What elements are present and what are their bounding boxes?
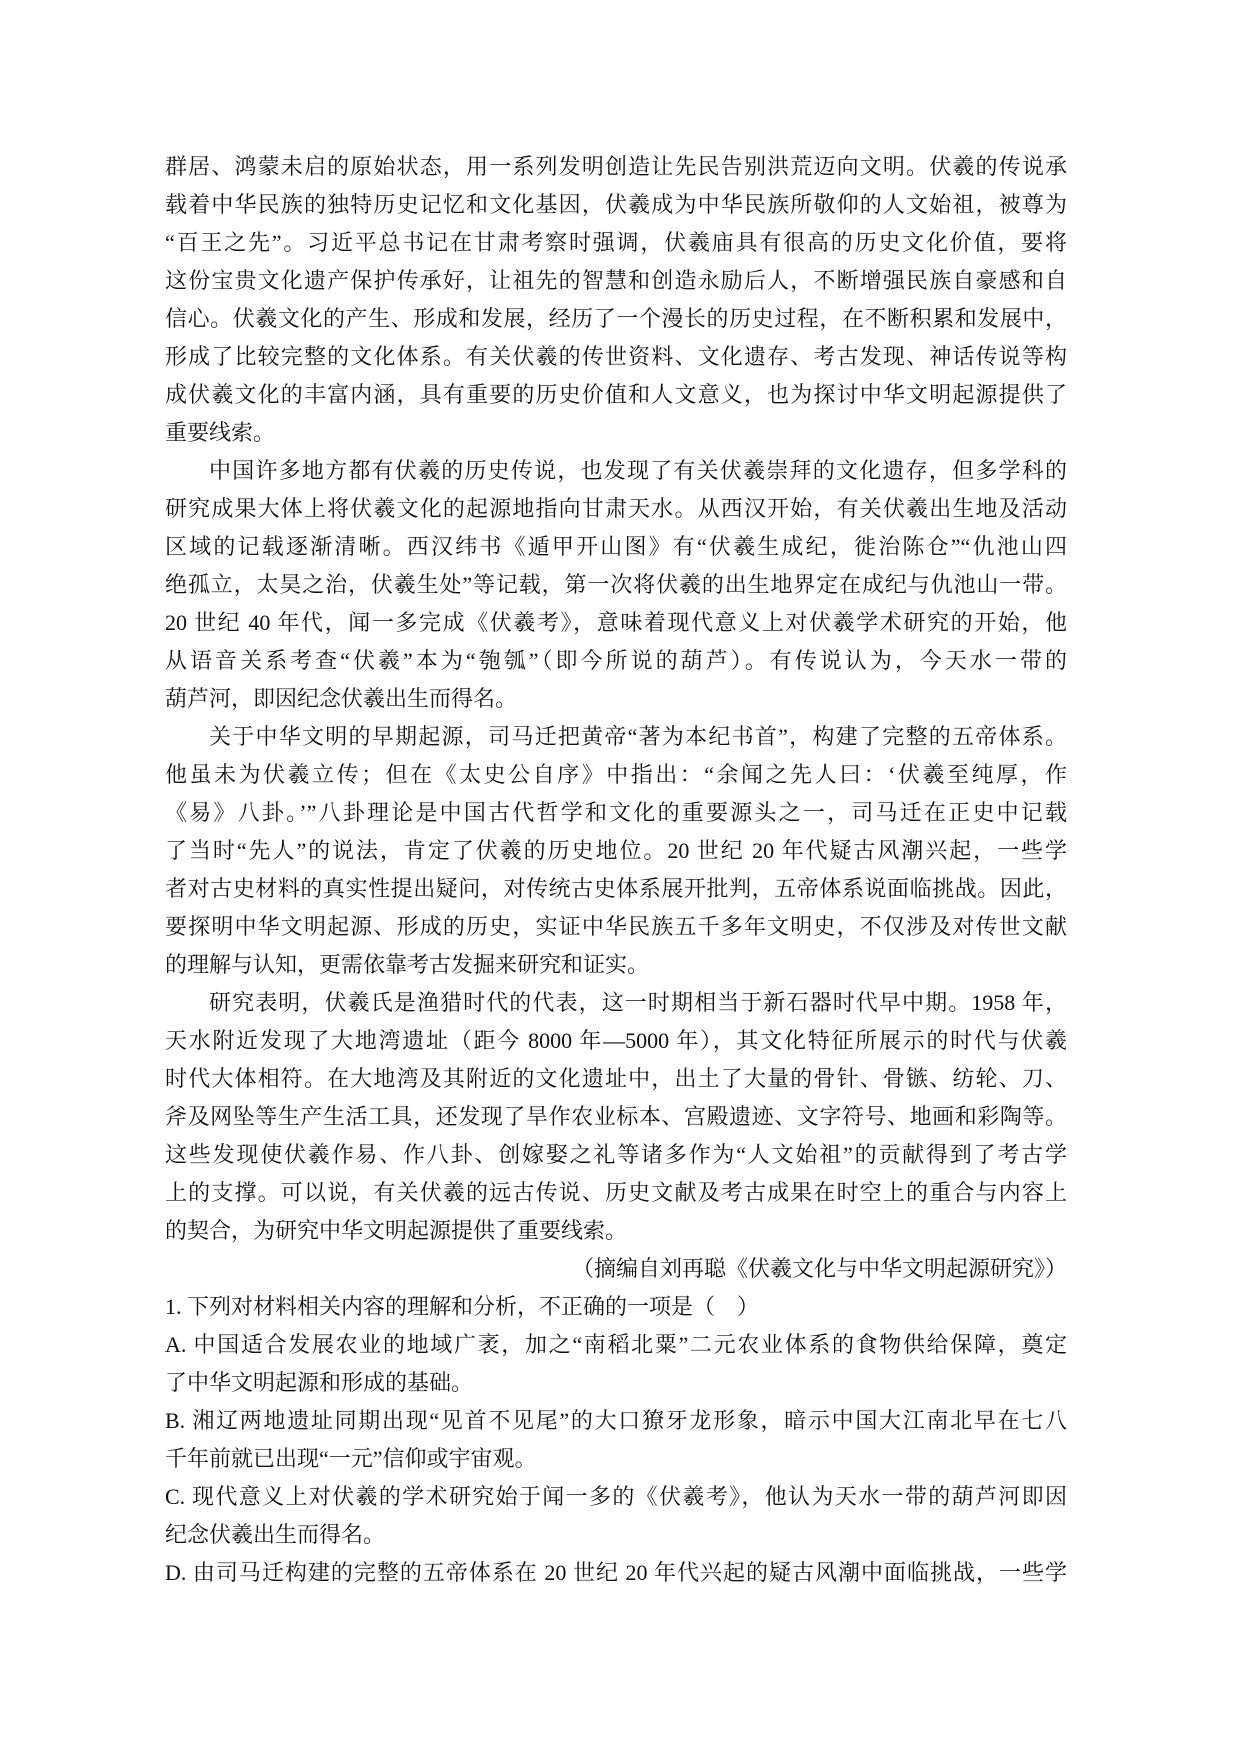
option-line: C. 现代意义上对伏羲的学术研究始于闻一多的《伏羲考》，他认为天水一带的葫芦河即… (165, 1478, 1067, 1516)
passage-line: 从语音关系考查“伏羲”本为“匏瓠”（即今所说的葫芦）。有传说认为，今天水一带的 (165, 642, 1067, 680)
question-1-option-b: B. 湘辽两地遗址同期出现“见首不见尾”的大口獠牙龙形象，暗示中国大江南北早在七… (165, 1402, 1067, 1478)
reading-passage: 群居、鸿蒙未启的原始状态，用一系列发明创造让先民告别洪荒迈向文明。伏羲的传说承 … (165, 148, 1067, 1592)
passage-line: 要探明中华文明起源、形成的历史，实证中华民族五千多年文明史，不仅涉及对传世文献 (165, 908, 1067, 946)
passage-line: 区域的记载逐渐清晰。西汉纬书《遁甲开山图》有“伏羲生成纪，徙治陈仓”“仇池山四 (165, 528, 1067, 566)
passage-line: 葫芦河，即因纪念伏羲出生而得名。 (165, 680, 1067, 718)
passage-line: “百王之先”。习近平总书记在甘肃考察时强调，伏羲庙具有很高的历史文化价值，要将 (165, 224, 1067, 262)
passage-line: 绝孤立，太昊之治，伏羲生处”等记载，第一次将伏羲的出生地界定在成纪与仇池山一带。 (165, 566, 1067, 604)
passage-line: 载着中华民族的独特历史记忆和文化基因，伏羲成为中华民族所敬仰的人文始祖，被尊为 (165, 186, 1067, 224)
passage-line: 形成了比较完整的文化体系。有关伏羲的传世资料、文化遗存、考古发现、神话传说等构 (165, 338, 1067, 376)
passage-line: 的理解与认知，更需依靠考古发掘来研究和证实。 (165, 946, 1067, 984)
option-line: B. 湘辽两地遗址同期出现“见首不见尾”的大口獠牙龙形象，暗示中国大江南北早在七… (165, 1402, 1067, 1440)
passage-line: 这些发现使伏羲作易、作八卦、创嫁娶之礼等诸多作为“人文始祖”的贡献得到了考古学 (165, 1136, 1067, 1174)
passage-line: 研究表明，伏羲氏是渔猎时代的代表，这一时期相当于新石器时代早中期。1958 年， (165, 984, 1067, 1022)
passage-line: 斧及网坠等生产生活工具，还发现了旱作农业标本、宫殿遗迹、文字符号、地画和彩陶等。 (165, 1098, 1067, 1136)
option-line: D. 由司马迁构建的完整的五帝体系在 20 世纪 20 年代兴起的疑古风潮中面临… (165, 1554, 1067, 1592)
option-line: 了中华文明起源和形成的基础。 (165, 1364, 1067, 1402)
question-1-option-c: C. 现代意义上对伏羲的学术研究始于闻一多的《伏羲考》，他认为天水一带的葫芦河即… (165, 1478, 1067, 1554)
passage-line: 信心。伏羲文化的产生、形成和发展，经历了一个漫长的历史过程，在不断积累和发展中， (165, 300, 1067, 338)
question-1-stem: 1. 下列对材料相关内容的理解和分析，不正确的一项是（ ） (165, 1288, 1067, 1326)
passage-line: 他虽未为伏羲立传；但在《太史公自序》中指出：“余闻之先人曰：‘伏羲至纯厚，作 (165, 756, 1067, 794)
passage-line: 成伏羲文化的丰富内涵，具有重要的历史价值和人文意义，也为探讨中华文明起源提供了 (165, 376, 1067, 414)
passage-line: 群居、鸿蒙未启的原始状态，用一系列发明创造让先民告别洪荒迈向文明。伏羲的传说承 (165, 148, 1067, 186)
passage-line: 这份宝贵文化遗产保护传承好，让祖先的智慧和创造永励后人，不断增强民族自豪感和自 (165, 262, 1067, 300)
source-attribution: （摘编自刘再聪《伏羲文化与中华文明起源研究》） (165, 1250, 1067, 1288)
passage-paragraph-3: 关于中华文明的早期起源，司马迁把黄帝“著为本纪书首”，构建了完整的五帝体系。 他… (165, 718, 1067, 984)
passage-line: 研究成果大体上将伏羲文化的起源地指向甘肃天水。从西汉开始，有关伏羲出生地及活动 (165, 490, 1067, 528)
document-page: 群居、鸿蒙未启的原始状态，用一系列发明创造让先民告别洪荒迈向文明。伏羲的传说承 … (0, 0, 1240, 1754)
passage-paragraph-1: 群居、鸿蒙未启的原始状态，用一系列发明创造让先民告别洪荒迈向文明。伏羲的传说承 … (165, 148, 1067, 452)
passage-line: 者对古史材料的真实性提出疑问，对传统古史体系展开批判，五帝体系说面临挑战。因此， (165, 870, 1067, 908)
question-1-option-d: D. 由司马迁构建的完整的五帝体系在 20 世纪 20 年代兴起的疑古风潮中面临… (165, 1554, 1067, 1592)
question-1-option-a: A. 中国适合发展农业的地域广袤，加之“南稻北粟”二元农业体系的食物供给保障，奠… (165, 1326, 1067, 1402)
passage-line: 中国许多地方都有伏羲的历史传说，也发现了有关伏羲崇拜的文化遗存，但多学科的 (165, 452, 1067, 490)
passage-paragraph-2: 中国许多地方都有伏羲的历史传说，也发现了有关伏羲崇拜的文化遗存，但多学科的 研究… (165, 452, 1067, 718)
option-line: A. 中国适合发展农业的地域广袤，加之“南稻北粟”二元农业体系的食物供给保障，奠… (165, 1326, 1067, 1364)
passage-line: 天水附近发现了大地湾遗址（距今 8000 年—5000 年），其文化特征所展示的… (165, 1022, 1067, 1060)
option-line: 千年前就已出现“一元”信仰或宇宙观。 (165, 1440, 1067, 1478)
passage-line: 了当时“先人”的说法，肯定了伏羲的历史地位。20 世纪 20 年代疑古风潮兴起，… (165, 832, 1067, 870)
passage-paragraph-4: 研究表明，伏羲氏是渔猎时代的代表，这一时期相当于新石器时代早中期。1958 年，… (165, 984, 1067, 1250)
passage-line: 《易》八卦。’”八卦理论是中国古代哲学和文化的重要源头之一，司马迁在正史中记载 (165, 794, 1067, 832)
option-line: 纪念伏羲出生而得名。 (165, 1516, 1067, 1554)
passage-line: 关于中华文明的早期起源，司马迁把黄帝“著为本纪书首”，构建了完整的五帝体系。 (165, 718, 1067, 756)
passage-line: 的契合，为研究中华文明起源提供了重要线索。 (165, 1212, 1067, 1250)
passage-line: 时代大体相符。在大地湾及其附近的文化遗址中，出土了大量的骨针、骨镞、纺轮、刀、 (165, 1060, 1067, 1098)
passage-line: 重要线索。 (165, 414, 1067, 452)
passage-line: 上的支撑。可以说，有关伏羲的远古传说、历史文献及考古成果在时空上的重合与内容上 (165, 1174, 1067, 1212)
passage-line: 20 世纪 40 年代，闻一多完成《伏羲考》，意味着现代意义上对伏羲学术研究的开… (165, 604, 1067, 642)
